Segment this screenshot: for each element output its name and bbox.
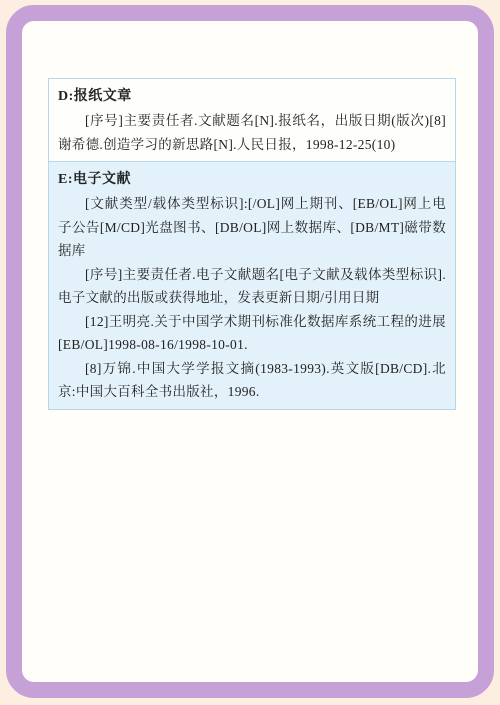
section-e-header: E:电子文献 bbox=[58, 167, 446, 192]
section-e-paragraph-4: [8]万锦.中国大学学报文摘(1983-1993).英文版[DB/CD].北京:… bbox=[58, 357, 446, 404]
section-e-paragraph-2: [序号]主要责任者.电子文献题名[电子文献及载体类型标识].电子文献的出版或获得… bbox=[58, 263, 446, 310]
section-d-paragraph-1: [序号]主要责任者.文献题名[N].报纸名，出版日期(版次)[8]谢希德.创造学… bbox=[58, 109, 446, 156]
section-e-paragraph-3: [12]王明亮.关于中国学术期刊标准化数据库系统工程的进展[EB/OL]1998… bbox=[58, 310, 446, 357]
section-newspaper-article: D:报纸文章 [序号]主要责任者.文献题名[N].报纸名，出版日期(版次)[8]… bbox=[49, 79, 455, 161]
reference-format-table: D:报纸文章 [序号]主要责任者.文献题名[N].报纸名，出版日期(版次)[8]… bbox=[48, 78, 456, 410]
section-electronic-document: E:电子文献 [文献类型/载体类型标识]:[/OL]网上期刊、[EB/OL]网上… bbox=[49, 161, 455, 409]
section-d-header: D:报纸文章 bbox=[58, 84, 446, 109]
section-e-paragraph-1: [文献类型/载体类型标识]:[/OL]网上期刊、[EB/OL]网上电子公告[M/… bbox=[58, 192, 446, 263]
decorative-frame: D:报纸文章 [序号]主要责任者.文献题名[N].报纸名，出版日期(版次)[8]… bbox=[6, 5, 494, 698]
